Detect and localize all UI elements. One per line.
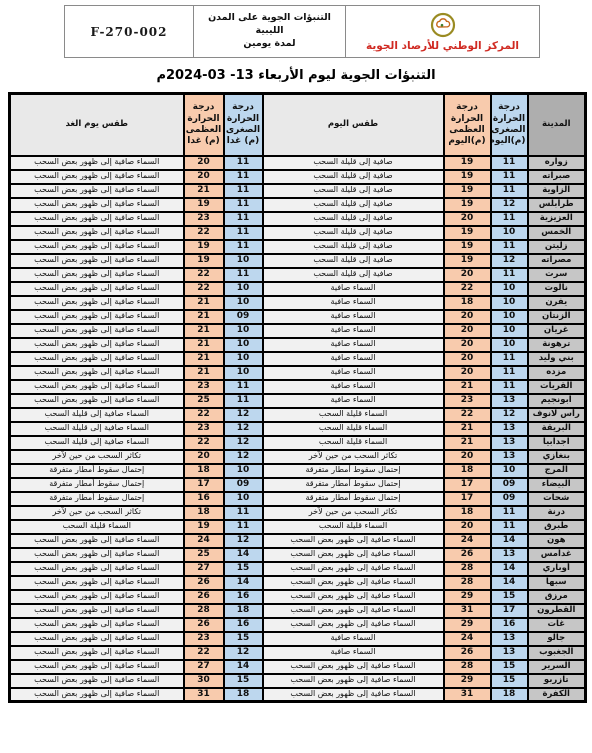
weather-tomorrow-cell: السماء صافية إلى ظهور بعض السحب [10,226,184,240]
weather-tomorrow-cell: السماء صافية إلى ظهور بعض السحب [10,338,184,352]
weather-today-cell: إحتمال سقوط أمطار متفرقة [263,464,444,478]
bulletin-title: التنبؤات الجوية ليوم الأربعاء 13- 03-202… [0,68,592,83]
max-tomorrow-cell: 22 [184,226,224,240]
table-row: طرابلس1219صافية إلى قليلة السحب1119السما… [10,198,586,212]
weather-today-cell: السماء قليلة السحب [263,520,444,534]
weather-tomorrow-cell: السماء صافية إلى ظهور بعض السحب [10,380,184,394]
max-today-cell: 19 [444,184,491,198]
max-tomorrow-cell: 25 [184,394,224,408]
weather-today-cell: إحتمال سقوط أمطار متفرقة [263,478,444,492]
table-row: بني وليد1120السماء صافية1021السماء صافية… [10,352,586,366]
city-cell: ابونجيم [528,394,586,408]
city-cell: غدامس [528,548,586,562]
header-weather-tomorrow: طقس يوم الغد [10,94,184,156]
max-today-cell: 19 [444,240,491,254]
max-tomorrow-cell: 26 [184,590,224,604]
weather-tomorrow-cell: السماء صافية إلى ظهور بعض السحب [10,394,184,408]
forecast-table-body: زواره1119صافية إلى قليلة السحب1120السماء… [10,156,586,702]
city-cell: غات [528,618,586,632]
table-row: زليتن1119صافية إلى قليلة السحب1119السماء… [10,240,586,254]
min-today-cell: 14 [491,576,528,590]
weather-tomorrow-cell: السماء صافية إلى ظهور بعض السحب [10,254,184,268]
max-tomorrow-cell: 19 [184,254,224,268]
weather-today-cell: السماء صافية إلى ظهور بعض السحب [263,548,444,562]
weather-today-cell: السماء صافية [263,310,444,324]
max-today-cell: 19 [444,254,491,268]
weather-today-cell: السماء صافية إلى ظهور بعض السحب [263,534,444,548]
weather-tomorrow-cell: السماء صافية إلى ظهور بعض السحب [10,576,184,590]
weather-today-cell: السماء صافية [263,394,444,408]
min-today-cell: 17 [491,604,528,618]
max-today-cell: 20 [444,450,491,464]
table-row: شحات0917إحتمال سقوط أمطار متفرقة1016إحتم… [10,492,586,506]
weather-today-cell: السماء صافية [263,646,444,660]
min-today-cell: 11 [491,184,528,198]
min-tomorrow-cell: 10 [224,338,263,352]
max-tomorrow-cell: 21 [184,310,224,324]
min-today-cell: 09 [491,478,528,492]
min-tomorrow-cell: 09 [224,478,263,492]
max-today-cell: 28 [444,562,491,576]
max-tomorrow-cell: 18 [184,506,224,520]
min-tomorrow-cell: 14 [224,548,263,562]
min-tomorrow-cell: 10 [224,254,263,268]
city-cell: شحات [528,492,586,506]
header-min-today: درجة الحرارة الصغرى (م)اليوم [491,94,528,156]
weather-tomorrow-cell: السماء صافية إلى ظهور بعض السحب [10,604,184,618]
weather-today-cell: تكاثر السحب من حين لآخر [263,450,444,464]
city-cell: رأس لانوف [528,408,586,422]
min-tomorrow-cell: 11 [224,394,263,408]
max-today-cell: 24 [444,534,491,548]
table-row: ابونجيم1323السماء صافية1125السماء صافية … [10,394,586,408]
weather-today-cell: إحتمال سقوط أمطار متفرقة [263,492,444,506]
table-row: العزيزية1120صافية إلى قليلة السحب1123الس… [10,212,586,226]
max-today-cell: 31 [444,604,491,618]
weather-today-cell: صافية إلى قليلة السحب [263,268,444,282]
weather-tomorrow-cell: السماء صافية إلى ظهور بعض السحب [10,268,184,282]
min-today-cell: 11 [491,212,528,226]
table-row: سرت1120صافية إلى قليلة السحب1122السماء ص… [10,268,586,282]
header-max-today: درجة الحرارة العظمى (م)اليوم [444,94,491,156]
weather-today-cell: صافية إلى قليلة السحب [263,156,444,170]
min-tomorrow-cell: 10 [224,464,263,478]
weather-tomorrow-cell: السماء صافية إلى ظهور بعض السحب [10,660,184,674]
city-cell: المرج [528,464,586,478]
max-tomorrow-cell: 23 [184,380,224,394]
min-today-cell: 12 [491,254,528,268]
max-tomorrow-cell: 21 [184,324,224,338]
min-tomorrow-cell: 18 [224,604,263,618]
max-tomorrow-cell: 18 [184,464,224,478]
weather-today-cell: السماء صافية [263,338,444,352]
city-cell: نالوت [528,282,586,296]
max-tomorrow-cell: 30 [184,674,224,688]
max-tomorrow-cell: 17 [184,478,224,492]
max-today-cell: 20 [444,338,491,352]
min-tomorrow-cell: 12 [224,450,263,464]
max-today-cell: 19 [444,226,491,240]
max-tomorrow-cell: 22 [184,408,224,422]
table-row: غدامس1326السماء صافية إلى ظهور بعض السحب… [10,548,586,562]
weather-today-cell: السماء صافية إلى ظهور بعض السحب [263,660,444,674]
city-cell: القطرون [528,604,586,618]
weather-tomorrow-cell: إحتمال سقوط أمطار متفرقة [10,492,184,506]
min-today-cell: 11 [491,506,528,520]
min-tomorrow-cell: 16 [224,618,263,632]
min-tomorrow-cell: 14 [224,576,263,590]
min-tomorrow-cell: 12 [224,436,263,450]
table-row: الزاوية1119صافية إلى قليلة السحب1121السم… [10,184,586,198]
table-row: غريان1020السماء صافية1021السماء صافية إل… [10,324,586,338]
forecast-table: المدينة درجة الحرارة الصغرى (م)اليوم درج… [8,92,587,703]
table-row: سبها1428السماء صافية إلى ظهور بعض السحب1… [10,576,586,590]
city-cell: القريات [528,380,586,394]
min-today-cell: 10 [491,310,528,324]
table-row: درنة1118تكاثر السحب من حين لآخر1118تكاثر… [10,506,586,520]
weather-tomorrow-cell: السماء صافية إلى ظهور بعض السحب [10,674,184,688]
max-tomorrow-cell: 28 [184,604,224,618]
weather-tomorrow-cell: السماء صافية إلى ظهور بعض السحب [10,198,184,212]
min-tomorrow-cell: 11 [224,156,263,170]
max-today-cell: 18 [444,296,491,310]
weather-today-cell: السماء صافية إلى ظهور بعض السحب [263,562,444,576]
min-today-cell: 13 [491,548,528,562]
city-cell: درنة [528,506,586,520]
min-today-cell: 13 [491,394,528,408]
city-cell: الجغبوب [528,646,586,660]
min-tomorrow-cell: 10 [224,492,263,506]
min-today-cell: 11 [491,240,528,254]
weather-tomorrow-cell: السماء صافية إلى ظهور بعض السحب [10,184,184,198]
max-tomorrow-cell: 19 [184,520,224,534]
max-today-cell: 20 [444,310,491,324]
max-today-cell: 21 [444,422,491,436]
min-today-cell: 11 [491,366,528,380]
min-today-cell: 13 [491,450,528,464]
weather-tomorrow-cell: السماء صافية إلى قليلة السحب [10,408,184,422]
min-today-cell: 11 [491,156,528,170]
city-cell: غريان [528,324,586,338]
max-tomorrow-cell: 26 [184,576,224,590]
weather-tomorrow-cell: السماء صافية إلى ظهور بعض السحب [10,212,184,226]
table-row: الكفرة1831السماء صافية إلى ظهور بعض السح… [10,688,586,702]
table-row: جالو1324السماء صافية1523السماء صافية إلى… [10,632,586,646]
weather-today-cell: السماء صافية إلى ظهور بعض السحب [263,604,444,618]
min-tomorrow-cell: 11 [224,520,263,534]
max-tomorrow-cell: 22 [184,436,224,450]
max-today-cell: 19 [444,156,491,170]
min-tomorrow-cell: 11 [224,380,263,394]
weather-today-cell: السماء قليلة السحب [263,436,444,450]
form-code-cell: F-270-002 [65,6,193,57]
weather-tomorrow-cell: السماء صافية إلى قليلة السحب [10,436,184,450]
city-cell: بنغازي [528,450,586,464]
city-cell: يفرن [528,296,586,310]
weather-tomorrow-cell: السماء صافية إلى ظهور بعض السحب [10,534,184,548]
table-row: زواره1119صافية إلى قليلة السحب1120السماء… [10,156,586,170]
city-cell: مرزق [528,590,586,604]
weather-tomorrow-cell: تكاثر السحب من حين لآخر [10,450,184,464]
city-cell: البريقة [528,422,586,436]
city-cell: تازربو [528,674,586,688]
weather-tomorrow-cell: السماء صافية إلى ظهور بعض السحب [10,324,184,338]
max-today-cell: 28 [444,576,491,590]
weather-tomorrow-cell: السماء صافية إلى ظهور بعض السحب [10,352,184,366]
min-today-cell: 12 [491,198,528,212]
weather-today-cell: صافية إلى قليلة السحب [263,212,444,226]
city-cell: السرير [528,660,586,674]
weather-today-cell: السماء صافية إلى ظهور بعض السحب [263,576,444,590]
weather-today-cell: السماء صافية إلى ظهور بعض السحب [263,618,444,632]
min-today-cell: 13 [491,422,528,436]
form-title-line1: التنبؤات الجوية على المدن الليبية [194,12,345,38]
min-tomorrow-cell: 09 [224,310,263,324]
min-today-cell: 09 [491,492,528,506]
table-row: أوباري1428السماء صافية إلى ظهور بعض السح… [10,562,586,576]
table-row: مزده1120السماء صافية1021السماء صافية إلى… [10,366,586,380]
min-today-cell: 14 [491,534,528,548]
weather-today-cell: السماء صافية إلى ظهور بعض السحب [263,674,444,688]
max-tomorrow-cell: 21 [184,366,224,380]
weather-tomorrow-cell: السماء صافية إلى ظهور بعض السحب [10,618,184,632]
min-tomorrow-cell: 16 [224,590,263,604]
weather-today-cell: السماء صافية [263,296,444,310]
weather-today-cell: صافية إلى قليلة السحب [263,254,444,268]
max-tomorrow-cell: 22 [184,646,224,660]
max-today-cell: 29 [444,618,491,632]
table-row: تازربو1529السماء صافية إلى ظهور بعض السح… [10,674,586,688]
table-row: المرج1018إحتمال سقوط أمطار متفرقة1018إحت… [10,464,586,478]
max-today-cell: 20 [444,212,491,226]
weather-today-cell: صافية إلى قليلة السحب [263,184,444,198]
min-tomorrow-cell: 15 [224,674,263,688]
weather-tomorrow-cell: السماء صافية إلى ظهور بعض السحب [10,282,184,296]
min-today-cell: 13 [491,632,528,646]
min-today-cell: 15 [491,674,528,688]
nwc-cloud-logo-icon [430,12,456,38]
min-tomorrow-cell: 11 [224,506,263,520]
min-today-cell: 10 [491,338,528,352]
max-today-cell: 17 [444,492,491,506]
min-tomorrow-cell: 14 [224,660,263,674]
city-cell: الزاوية [528,184,586,198]
max-today-cell: 22 [444,282,491,296]
max-today-cell: 31 [444,688,491,702]
form-title-cell: التنبؤات الجوية على المدن الليبية لمدة ي… [193,6,345,57]
max-today-cell: 20 [444,366,491,380]
max-today-cell: 18 [444,464,491,478]
form-code: F-270-002 [90,25,167,39]
max-today-cell: 23 [444,394,491,408]
weather-today-cell: صافية إلى قليلة السحب [263,240,444,254]
min-today-cell: 10 [491,296,528,310]
min-today-cell: 10 [491,226,528,240]
min-today-cell: 15 [491,590,528,604]
min-today-cell: 10 [491,464,528,478]
table-row: السرير1528السماء صافية إلى ظهور بعض السح… [10,660,586,674]
table-row: غات1629السماء صافية إلى ظهور بعض السحب16… [10,618,586,632]
form-title-line2: لمدة يومين [243,38,295,51]
max-tomorrow-cell: 22 [184,282,224,296]
org-name: المركز الوطني للأرصاد الجوية [366,40,519,52]
org-cell: المركز الوطني للأرصاد الجوية [345,6,539,57]
weather-tomorrow-cell: إحتمال سقوط أمطار متفرقة [10,464,184,478]
city-cell: الزنتان [528,310,586,324]
min-tomorrow-cell: 10 [224,366,263,380]
max-tomorrow-cell: 24 [184,534,224,548]
max-tomorrow-cell: 23 [184,422,224,436]
max-today-cell: 29 [444,674,491,688]
max-tomorrow-cell: 19 [184,240,224,254]
max-tomorrow-cell: 31 [184,688,224,702]
weather-today-cell: صافية إلى قليلة السحب [263,226,444,240]
weather-today-cell: السماء صافية [263,366,444,380]
city-cell: مزده [528,366,586,380]
table-row: نالوت1022السماء صافية1022السماء صافية إل… [10,282,586,296]
weather-tomorrow-cell: السماء صافية إلى ظهور بعض السحب [10,240,184,254]
weather-today-cell: السماء صافية [263,380,444,394]
city-cell: طرابلس [528,198,586,212]
header-row: المدينة درجة الحرارة الصغرى (م)اليوم درج… [10,94,586,156]
min-today-cell: 18 [491,688,528,702]
min-today-cell: 11 [491,380,528,394]
table-row: البيضاء0917إحتمال سقوط أمطار متفرقة0917إ… [10,478,586,492]
min-today-cell: 16 [491,618,528,632]
weather-today-cell: السماء قليلة السحب [263,422,444,436]
max-today-cell: 19 [444,198,491,212]
table-row: البريقة1321السماء قليلة السحب1223السماء … [10,422,586,436]
table-row: ترهونة1020السماء صافية1021السماء صافية إ… [10,338,586,352]
table-row: اجدابيا1321السماء قليلة السحب1222السماء … [10,436,586,450]
city-cell: بني وليد [528,352,586,366]
min-today-cell: 11 [491,520,528,534]
weather-today-cell: صافية إلى قليلة السحب [263,198,444,212]
table-row: هون1424السماء صافية إلى ظهور بعض السحب12… [10,534,586,548]
max-today-cell: 18 [444,506,491,520]
city-cell: طبرق [528,520,586,534]
max-tomorrow-cell: 25 [184,548,224,562]
table-row: الجغبوب1326السماء صافية1222السماء صافية … [10,646,586,660]
table-row: مرزق1529السماء صافية إلى ظهور بعض السحب1… [10,590,586,604]
weather-today-cell: السماء صافية [263,632,444,646]
min-tomorrow-cell: 10 [224,352,263,366]
max-today-cell: 20 [444,268,491,282]
weather-tomorrow-cell: السماء صافية إلى ظهور بعض السحب [10,170,184,184]
table-row: الخمس1019صافية إلى قليلة السحب1122السماء… [10,226,586,240]
min-tomorrow-cell: 15 [224,632,263,646]
min-tomorrow-cell: 12 [224,534,263,548]
max-today-cell: 28 [444,660,491,674]
city-cell: صبراته [528,170,586,184]
min-tomorrow-cell: 11 [224,184,263,198]
min-tomorrow-cell: 18 [224,688,263,702]
city-cell: الكفرة [528,688,586,702]
weather-today-cell: السماء صافية إلى ظهور بعض السحب [263,688,444,702]
city-cell: الخمس [528,226,586,240]
table-row: القطرون1731السماء صافية إلى ظهور بعض الس… [10,604,586,618]
max-tomorrow-cell: 21 [184,338,224,352]
weather-tomorrow-cell: السماء صافية إلى ظهور بعض السحب [10,562,184,576]
header-max-tomorrow: درجة الحرارة العظمى (م) غدا [184,94,224,156]
table-row: القريات1121السماء صافية1123السماء صافية … [10,380,586,394]
header-min-tomorrow: درجة الحرارة الصغرى (م) غدا [224,94,263,156]
table-row: رأس لانوف1222السماء قليلة السحب1222السما… [10,408,586,422]
weather-tomorrow-cell: إحتمال سقوط أمطار متفرقة [10,478,184,492]
max-today-cell: 29 [444,590,491,604]
min-tomorrow-cell: 11 [224,226,263,240]
max-tomorrow-cell: 27 [184,660,224,674]
max-tomorrow-cell: 20 [184,450,224,464]
max-today-cell: 20 [444,352,491,366]
min-today-cell: 11 [491,352,528,366]
max-tomorrow-cell: 21 [184,296,224,310]
weather-today-cell: السماء صافية [263,324,444,338]
table-row: مصراته1219صافية إلى قليلة السحب1019السما… [10,254,586,268]
max-today-cell: 24 [444,632,491,646]
max-tomorrow-cell: 23 [184,632,224,646]
weather-today-cell: السماء قليلة السحب [263,408,444,422]
weather-tomorrow-cell: السماء صافية إلى ظهور بعض السحب [10,646,184,660]
weather-tomorrow-cell: السماء صافية إلى ظهور بعض السحب [10,590,184,604]
max-tomorrow-cell: 27 [184,562,224,576]
max-tomorrow-cell: 21 [184,184,224,198]
min-today-cell: 10 [491,282,528,296]
min-today-cell: 11 [491,170,528,184]
city-cell: جالو [528,632,586,646]
weather-tomorrow-cell: السماء صافية إلى ظهور بعض السحب [10,688,184,702]
city-cell: هون [528,534,586,548]
weather-tomorrow-cell: السماء صافية إلى ظهور بعض السحب [10,310,184,324]
min-tomorrow-cell: 11 [224,240,263,254]
min-tomorrow-cell: 12 [224,646,263,660]
weather-tomorrow-cell: السماء صافية إلى ظهور بعض السحب [10,548,184,562]
max-tomorrow-cell: 20 [184,156,224,170]
min-tomorrow-cell: 15 [224,562,263,576]
max-today-cell: 21 [444,436,491,450]
max-tomorrow-cell: 26 [184,618,224,632]
form-header-box: F-270-002 التنبؤات الجوية على المدن اللي… [64,5,540,58]
table-row: بنغازي1320تكاثر السحب من حين لآخر1220تكا… [10,450,586,464]
weather-today-cell: السماء صافية [263,352,444,366]
min-today-cell: 15 [491,660,528,674]
min-tomorrow-cell: 12 [224,408,263,422]
min-tomorrow-cell: 11 [224,170,263,184]
city-cell: زليتن [528,240,586,254]
city-cell: أوباري [528,562,586,576]
city-cell: البيضاء [528,478,586,492]
max-today-cell: 17 [444,478,491,492]
weather-tomorrow-cell: السماء صافية إلى ظهور بعض السحب [10,366,184,380]
weather-today-cell: صافية إلى قليلة السحب [263,170,444,184]
min-today-cell: 11 [491,268,528,282]
max-today-cell: 19 [444,170,491,184]
max-tomorrow-cell: 23 [184,212,224,226]
min-today-cell: 10 [491,324,528,338]
min-today-cell: 14 [491,562,528,576]
header-weather-today: طقس اليوم [263,94,444,156]
city-cell: ترهونة [528,338,586,352]
city-cell: زواره [528,156,586,170]
max-today-cell: 20 [444,520,491,534]
weather-tomorrow-cell: تكاثر السحب من حين لآخر [10,506,184,520]
min-tomorrow-cell: 11 [224,268,263,282]
max-tomorrow-cell: 16 [184,492,224,506]
weather-today-cell: تكاثر السحب من حين لآخر [263,506,444,520]
header-city: المدينة [528,94,586,156]
forecast-table-head: المدينة درجة الحرارة الصغرى (م)اليوم درج… [10,94,586,156]
max-today-cell: 26 [444,548,491,562]
